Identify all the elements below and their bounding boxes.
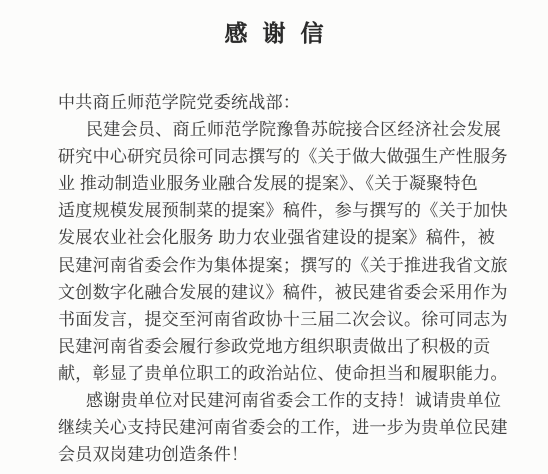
body-line: 发展农业社会化服务 助力农业强省建设的提案》稿件，被 <box>58 224 508 251</box>
body-line: 文创数字化融合发展的建议》稿件，被民建省委会采用作为 <box>58 279 508 306</box>
letter-title: 感谢信 <box>0 0 548 45</box>
scanned-letter-page: 感谢信 中共商丘师范学院党委统战部： 民建会员、商丘师范学院豫鲁苏皖接合区经济社… <box>0 0 548 474</box>
letter-body: 中共商丘师范学院党委统战部： 民建会员、商丘师范学院豫鲁苏皖接合区经济社会发展 … <box>0 89 548 468</box>
body-line: 会员双岗建功创造条件！ <box>58 441 508 468</box>
salutation-line: 中共商丘师范学院党委统战部： <box>58 89 508 116</box>
body-line: 业 推动制造业服务业融合发展的提案》、《关于凝聚特色 <box>58 170 508 197</box>
body-line: 献，彰显了贵单位职工的政治站位、使命担当和履职能力。 <box>58 360 508 387</box>
body-line: 书面发言，提交至河南省政协十三届二次会议。徐可同志为 <box>58 306 508 333</box>
body-line: 继续关心支持民建河南省委会的工作，进一步为贵单位民建 <box>58 414 508 441</box>
body-line: 民建河南省委会作为集体提案；撰写的《关于推进我省文旅 <box>58 252 508 279</box>
body-line: 民建河南省委会履行参政党地方组织职责做出了积极的贡 <box>58 333 508 360</box>
body-line: 感谢贵单位对民建河南省委会工作的支持！诚请贵单位 <box>58 387 508 414</box>
body-line: 研究中心研究员徐可同志撰写的《关于做大做强生产性服务 <box>58 143 508 170</box>
body-line: 适度规模发展预制菜的提案》稿件，参与撰写的《关于加快 <box>58 197 508 224</box>
body-line: 民建会员、商丘师范学院豫鲁苏皖接合区经济社会发展 <box>58 116 508 143</box>
